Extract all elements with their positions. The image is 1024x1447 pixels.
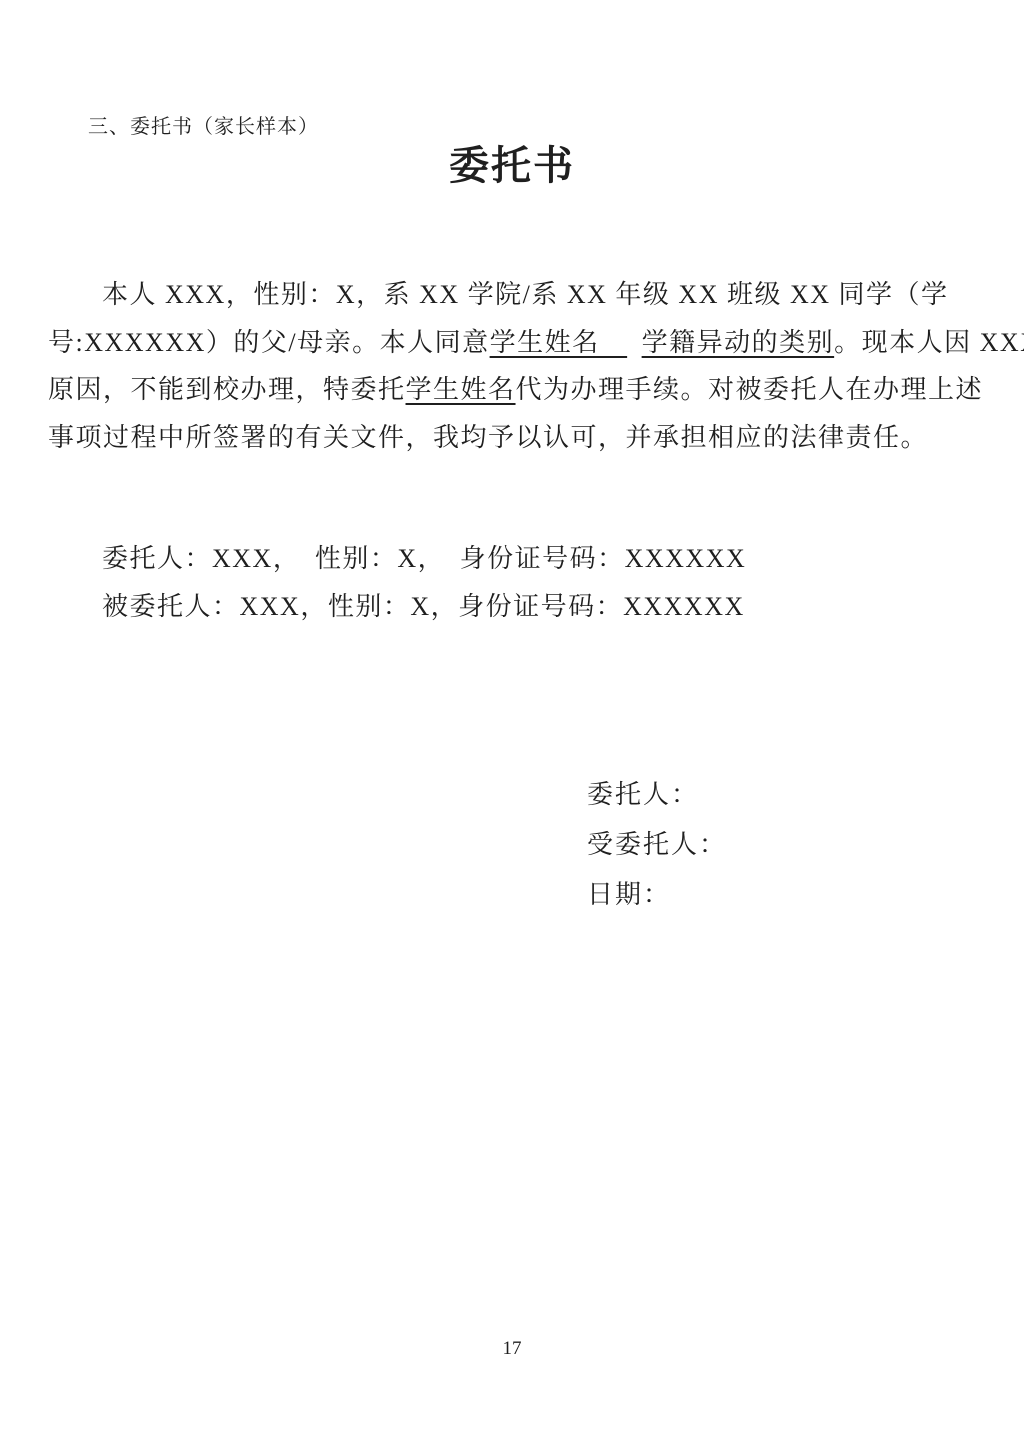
signature-block: 委托人： 受委托人： 日期： [587,770,727,920]
blank-gap [627,328,642,357]
document-title: 委托书 [0,140,1024,192]
delegatee-info-line: 被委托人：XXX，性别：X，身份证号码：XXXXXX [102,583,746,631]
paragraph-text: 。现本人因 XXXXXX [834,328,1024,357]
signature-delegator-label: 委托人： [587,770,727,820]
section-heading: 三、委托书（家长样本） [88,110,319,139]
paragraph-text: 代为办理手续。对被委托人在办理上述 [516,375,984,404]
parties-block: 委托人：XXX， 性别：X， 身份证号码：XXXXXX 被委托人：XXX，性别：… [48,535,746,631]
page-number: 17 [0,1338,1024,1360]
paragraph-line-1: 本人 XXX，性别：X，系 XX 学院/系 XX 年级 XX 班级 XX 同学（… [48,271,993,319]
paragraph-line-4: 事项过程中所签署的有关文件，我均予以认可，并承担相应的法律责任。 [48,414,993,462]
paragraph-text: 事项过程中所签署的有关文件，我均予以认可，并承担相应的法律责任。 [48,423,928,452]
paragraph-text: 原因，不能到校办理，特委托 [48,375,406,404]
paragraph-line-3: 原因，不能到校办理，特委托学生姓名代为办理手续。对被委托人在办理上述 [48,366,993,414]
document-page: 三、委托书（家长样本） 委托书 本人 XXX，性别：X，系 XX 学院/系 XX… [0,0,1024,1447]
signature-delegatee-label: 受委托人： [587,820,727,870]
signature-date-label: 日期： [587,870,727,920]
student-name-blank: 学生姓名 [490,328,628,357]
status-change-type-blank: 学籍异动的类别 [642,328,835,357]
paragraph-line-2: 号:XXXXXX）的父/母亲。本人同意学生姓名 学籍异动的类别。现本人因 XXX… [48,319,993,367]
body-paragraph: 本人 XXX，性别：X，系 XX 学院/系 XX 年级 XX 班级 XX 同学（… [48,271,993,461]
student-name-blank: 学生姓名 [406,375,516,404]
paragraph-text: 本人 XXX，性别：X，系 XX 学院/系 XX 年级 XX 班级 XX 同学（… [102,280,949,309]
delegator-info-line: 委托人：XXX， 性别：X， 身份证号码：XXXXXX [102,535,746,583]
paragraph-text: 号:XXXXXX）的父/母亲。本人同意 [48,328,490,357]
